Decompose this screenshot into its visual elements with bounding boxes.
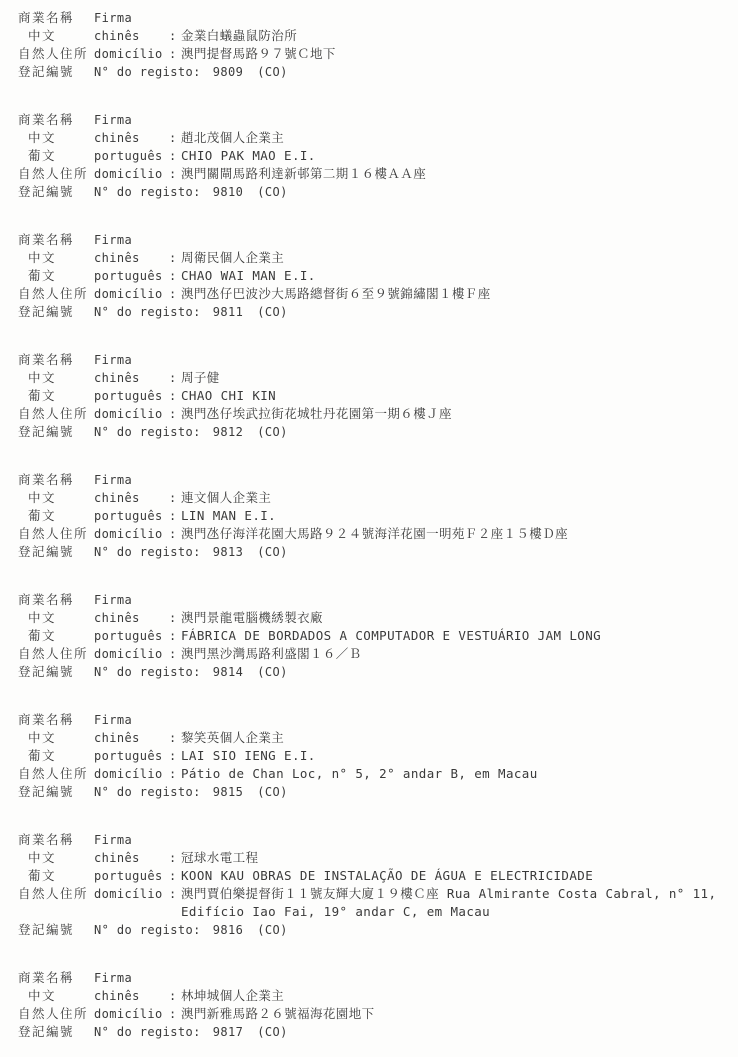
- label-chinese-pt: chinês: [94, 27, 169, 45]
- entry-title-row: 商業名稱Firma: [18, 9, 732, 27]
- label-business-name-pt: Firma: [94, 969, 169, 987]
- colon: :: [169, 525, 181, 543]
- label-portuguese-zh: 葡文: [18, 267, 94, 285]
- registry-entry: 商業名稱Firma中文chinês:澳門景龍電腦機綉製衣廠葡文português…: [18, 591, 732, 681]
- colon: :: [169, 609, 181, 627]
- entry-title-row: 商業名稱Firma: [18, 231, 732, 249]
- label-portuguese-zh: 葡文: [18, 147, 94, 165]
- registration-type: (CO): [257, 921, 288, 939]
- chinese-name: 澳門景龍電腦機綉製衣廠: [181, 609, 323, 627]
- label-business-name-zh: 商業名稱: [18, 231, 94, 249]
- portuguese-name: CHAO WAI MAN E.I.: [181, 267, 316, 285]
- entry-title-row: 商業名稱Firma: [18, 711, 732, 729]
- registration-row: 登記編號N° do registo:9812(CO): [18, 423, 732, 441]
- label-portuguese-pt: português: [94, 747, 169, 765]
- label-chinese-zh: 中文: [18, 849, 94, 867]
- registry-entry: 商業名稱Firma中文chinês:周子健葡文português:CHAO CH…: [18, 351, 732, 441]
- label-portuguese-pt: português: [94, 147, 169, 165]
- chinese-name-row: 中文chinês:趙北茂個人企業主: [18, 129, 732, 147]
- chinese-name: 周子健: [181, 369, 220, 387]
- address-line: 澳門氹仔海洋花園大馬路９２４號海洋花園一明苑Ｆ２座１５樓Ｄ座: [181, 525, 568, 543]
- label-registration-zh: 登記編號: [18, 921, 94, 939]
- address-line: 澳門提督馬路９７號Ｃ地下: [181, 45, 336, 63]
- chinese-name-row: 中文chinês:林坤城個人企業主: [18, 987, 732, 1005]
- label-address-pt: domicílio: [94, 165, 169, 183]
- portuguese-name-row: 葡文português:LAI SIO IENG E.I.: [18, 747, 732, 765]
- colon: :: [169, 27, 181, 45]
- label-business-name-zh: 商業名稱: [18, 9, 94, 27]
- address-line-row: 自然人住所domicílio:Pátio de Chan Loc, n° 5, …: [18, 765, 732, 783]
- registry-entry: 商業名稱Firma中文chinês:連文個人企業主葡文português:LIN…: [18, 471, 732, 561]
- registration-number: 9810: [213, 183, 244, 201]
- entry-title-row: 商業名稱Firma: [18, 111, 732, 129]
- portuguese-name-row: 葡文português:KOON KAU OBRAS DE INSTALAÇÃO…: [18, 867, 732, 885]
- address-line-row: 自然人住所domicílio:澳門氹仔海洋花園大馬路９２４號海洋花園一明苑Ｆ２座…: [18, 525, 732, 543]
- label-registration-pt: N° do registo:: [94, 543, 201, 561]
- portuguese-name-row: 葡文português:CHAO CHI KIN: [18, 387, 732, 405]
- entry-title-row: 商業名稱Firma: [18, 969, 732, 987]
- registration-number: 9809: [213, 63, 244, 81]
- label-portuguese-zh: 葡文: [18, 867, 94, 885]
- entry-title-row: 商業名稱Firma: [18, 591, 732, 609]
- portuguese-name-row: 葡文português:LIN MAN E.I.: [18, 507, 732, 525]
- label-address-zh: 自然人住所: [18, 885, 94, 903]
- label-business-name-zh: 商業名稱: [18, 831, 94, 849]
- label-registration-zh: 登記編號: [18, 1023, 94, 1041]
- chinese-name-row: 中文chinês:冠球水電工程: [18, 849, 732, 867]
- label-portuguese-pt: português: [94, 507, 169, 525]
- registration-row: 登記編號N° do registo:9814(CO): [18, 663, 732, 681]
- registration-type: (CO): [257, 1023, 288, 1041]
- entry-title-row: 商業名稱Firma: [18, 471, 732, 489]
- registry-entry: 商業名稱Firma中文chinês:周衛民個人企業主葡文português:CH…: [18, 231, 732, 321]
- chinese-name: 冠球水電工程: [181, 849, 258, 867]
- label-registration-zh: 登記編號: [18, 783, 94, 801]
- registry-page: 商業名稱Firma中文chinês:金業白蟻蟲鼠防治所自然人住所domicíli…: [0, 0, 738, 1057]
- registration-type: (CO): [257, 63, 288, 81]
- registry-entry: 商業名稱Firma中文chinês:黎笑英個人企業主葡文português:LA…: [18, 711, 732, 801]
- label-chinese-pt: chinês: [94, 729, 169, 747]
- chinese-name-row: 中文chinês:澳門景龍電腦機綉製衣廠: [18, 609, 732, 627]
- address-line-row: 自然人住所domicílio:澳門提督馬路９７號Ｃ地下: [18, 45, 732, 63]
- chinese-name: 林坤城個人企業主: [181, 987, 284, 1005]
- address-line-row: 自然人住所domicílio:澳門氹仔埃武拉街花城牡丹花園第一期６樓Ｊ座: [18, 405, 732, 423]
- label-registration-pt: N° do registo:: [94, 921, 201, 939]
- chinese-name: 黎笑英個人企業主: [181, 729, 284, 747]
- label-business-name-zh: 商業名稱: [18, 351, 94, 369]
- label-registration-pt: N° do registo:: [94, 1023, 201, 1041]
- chinese-name-row: 中文chinês:金業白蟻蟲鼠防治所: [18, 27, 732, 45]
- label-chinese-pt: chinês: [94, 489, 169, 507]
- address-line-row: 自然人住所domicílio:澳門氹仔巴波沙大馬路總督街６至９號錦繡閣１樓Ｆ座: [18, 285, 732, 303]
- registration-type: (CO): [257, 663, 288, 681]
- colon: :: [169, 489, 181, 507]
- label-business-name-zh: 商業名稱: [18, 969, 94, 987]
- colon: :: [169, 1005, 181, 1023]
- label-portuguese-zh: 葡文: [18, 747, 94, 765]
- registration-type: (CO): [257, 303, 288, 321]
- registration-row: 登記編號N° do registo:9813(CO): [18, 543, 732, 561]
- colon: :: [169, 729, 181, 747]
- label-address-zh: 自然人住所: [18, 1005, 94, 1023]
- label-business-name-zh: 商業名稱: [18, 111, 94, 129]
- label-portuguese-zh: 葡文: [18, 387, 94, 405]
- label-address-zh: 自然人住所: [18, 765, 94, 783]
- address-line: Pátio de Chan Loc, n° 5, 2° andar B, em …: [181, 765, 538, 783]
- label-registration-pt: N° do registo:: [94, 663, 201, 681]
- label-chinese-pt: chinês: [94, 129, 169, 147]
- label-registration-zh: 登記編號: [18, 663, 94, 681]
- label-registration-pt: N° do registo:: [94, 183, 201, 201]
- label-portuguese-pt: português: [94, 867, 169, 885]
- registration-number: 9813: [213, 543, 244, 561]
- portuguese-name: CHIO PAK MAO E.I.: [181, 147, 316, 165]
- registry-entry: 商業名稱Firma中文chinês:趙北茂個人企業主葡文português:CH…: [18, 111, 732, 201]
- label-address-pt: domicílio: [94, 645, 169, 663]
- label-chinese-zh: 中文: [18, 27, 94, 45]
- label-chinese-zh: 中文: [18, 729, 94, 747]
- chinese-name-row: 中文chinês:周子健: [18, 369, 732, 387]
- label-address-pt: domicílio: [94, 285, 169, 303]
- chinese-name: 連文個人企業主: [181, 489, 271, 507]
- label-business-name-zh: 商業名稱: [18, 591, 94, 609]
- registration-number: 9812: [213, 423, 244, 441]
- colon: :: [169, 987, 181, 1005]
- colon: :: [169, 249, 181, 267]
- entry-title-row: 商業名稱Firma: [18, 351, 732, 369]
- label-address-zh: 自然人住所: [18, 165, 94, 183]
- registration-row: 登記編號N° do registo:9816(CO): [18, 921, 732, 939]
- registration-type: (CO): [257, 423, 288, 441]
- label-address-zh: 自然人住所: [18, 405, 94, 423]
- label-address-pt: domicílio: [94, 1005, 169, 1023]
- label-portuguese-pt: português: [94, 267, 169, 285]
- label-chinese-zh: 中文: [18, 129, 94, 147]
- address-line: 澳門氹仔巴波沙大馬路總督街６至９號錦繡閣１樓Ｆ座: [181, 285, 491, 303]
- chinese-name: 金業白蟻蟲鼠防治所: [181, 27, 297, 45]
- registry-entry: 商業名稱Firma中文chinês:林坤城個人企業主自然人住所domicílio…: [18, 969, 732, 1041]
- label-registration-pt: N° do registo:: [94, 303, 201, 321]
- colon: :: [169, 165, 181, 183]
- label-address-pt: domicílio: [94, 765, 169, 783]
- colon: :: [169, 369, 181, 387]
- label-portuguese-zh: 葡文: [18, 507, 94, 525]
- label-address-zh: 自然人住所: [18, 645, 94, 663]
- label-business-name-pt: Firma: [94, 231, 169, 249]
- label-registration-zh: 登記編號: [18, 543, 94, 561]
- label-chinese-pt: chinês: [94, 249, 169, 267]
- chinese-name-row: 中文chinês:周衛民個人企業主: [18, 249, 732, 267]
- registration-type: (CO): [257, 183, 288, 201]
- label-portuguese-zh: 葡文: [18, 627, 94, 645]
- label-chinese-zh: 中文: [18, 369, 94, 387]
- colon: :: [169, 645, 181, 663]
- registry-entry: 商業名稱Firma中文chinês:金業白蟻蟲鼠防治所自然人住所domicíli…: [18, 9, 732, 81]
- label-business-name-zh: 商業名稱: [18, 471, 94, 489]
- portuguese-name: KOON KAU OBRAS DE INSTALAÇÃO DE ÁGUA E E…: [181, 867, 593, 885]
- registration-row: 登記編號N° do registo:9810(CO): [18, 183, 732, 201]
- registration-number: 9811: [213, 303, 244, 321]
- label-address-zh: 自然人住所: [18, 45, 94, 63]
- entry-title-row: 商業名稱Firma: [18, 831, 732, 849]
- colon: :: [169, 285, 181, 303]
- registration-number: 9815: [213, 783, 244, 801]
- colon: :: [169, 885, 181, 903]
- label-business-name-pt: Firma: [94, 471, 169, 489]
- label-business-name-pt: Firma: [94, 711, 169, 729]
- label-business-name-pt: Firma: [94, 111, 169, 129]
- colon: :: [169, 45, 181, 63]
- portuguese-name: FÁBRICA DE BORDADOS A COMPUTADOR E VESTU…: [181, 627, 601, 645]
- label-business-name-pt: Firma: [94, 591, 169, 609]
- address-line-row: 自然人住所domicílio:澳門黑沙灣馬路利盛閣１６／Ｂ: [18, 645, 732, 663]
- label-chinese-pt: chinês: [94, 849, 169, 867]
- address-continuation-row: Edifício Iao Fai, 19° andar C, em Macau: [18, 903, 732, 921]
- label-registration-zh: 登記編號: [18, 183, 94, 201]
- registry-entry: 商業名稱Firma中文chinês:冠球水電工程葡文português:KOON…: [18, 831, 732, 939]
- label-address-pt: domicílio: [94, 525, 169, 543]
- label-address-pt: domicílio: [94, 45, 169, 63]
- colon: :: [169, 267, 181, 285]
- address-line: 澳門氹仔埃武拉街花城牡丹花園第一期６樓Ｊ座: [181, 405, 452, 423]
- registration-row: 登記編號N° do registo:9811(CO): [18, 303, 732, 321]
- label-portuguese-pt: português: [94, 387, 169, 405]
- portuguese-name-row: 葡文português:CHIO PAK MAO E.I.: [18, 147, 732, 165]
- registration-row: 登記編號N° do registo:9809(CO): [18, 63, 732, 81]
- address-line-row: 自然人住所domicílio:澳門新雅馬路２６號福海花園地下: [18, 1005, 732, 1023]
- address-line-row: 自然人住所domicílio:澳門賈伯樂提督街１１號友輝大廈１９樓Ｃ座 Rua …: [18, 885, 732, 903]
- address-line: 澳門關閘馬路利達新邨第二期１６樓ＡＡ座: [181, 165, 426, 183]
- label-chinese-pt: chinês: [94, 987, 169, 1005]
- portuguese-name: LAI SIO IENG E.I.: [181, 747, 316, 765]
- registration-type: (CO): [257, 783, 288, 801]
- label-business-name-pt: Firma: [94, 9, 169, 27]
- colon: :: [169, 387, 181, 405]
- label-registration-zh: 登記編號: [18, 63, 94, 81]
- label-address-zh: 自然人住所: [18, 285, 94, 303]
- chinese-name-row: 中文chinês:連文個人企業主: [18, 489, 732, 507]
- colon: :: [169, 867, 181, 885]
- address-line: 澳門新雅馬路２６號福海花園地下: [181, 1005, 375, 1023]
- registration-number: 9814: [213, 663, 244, 681]
- colon: :: [169, 747, 181, 765]
- chinese-name: 趙北茂個人企業主: [181, 129, 284, 147]
- label-business-name-pt: Firma: [94, 831, 169, 849]
- registration-number: 9816: [213, 921, 244, 939]
- address-line: Edifício Iao Fai, 19° andar C, em Macau: [181, 903, 490, 921]
- label-chinese-zh: 中文: [18, 609, 94, 627]
- label-registration-zh: 登記編號: [18, 423, 94, 441]
- label-chinese-pt: chinês: [94, 369, 169, 387]
- address-line: 澳門賈伯樂提督街１１號友輝大廈１９樓Ｃ座 Rua Almirante Costa…: [181, 885, 716, 903]
- registration-number: 9817: [213, 1023, 244, 1041]
- colon: :: [169, 765, 181, 783]
- registration-type: (CO): [257, 543, 288, 561]
- label-portuguese-pt: português: [94, 627, 169, 645]
- address-line-row: 自然人住所domicílio:澳門關閘馬路利達新邨第二期１６樓ＡＡ座: [18, 165, 732, 183]
- chinese-name: 周衛民個人企業主: [181, 249, 284, 267]
- label-registration-pt: N° do registo:: [94, 783, 201, 801]
- colon: :: [169, 507, 181, 525]
- label-chinese-zh: 中文: [18, 249, 94, 267]
- portuguese-name: CHAO CHI KIN: [181, 387, 276, 405]
- colon: :: [169, 627, 181, 645]
- colon: :: [169, 147, 181, 165]
- colon: :: [169, 849, 181, 867]
- label-chinese-zh: 中文: [18, 489, 94, 507]
- chinese-name-row: 中文chinês:黎笑英個人企業主: [18, 729, 732, 747]
- label-address-pt: domicílio: [94, 885, 169, 903]
- label-chinese-zh: 中文: [18, 987, 94, 1005]
- registry-entries: 商業名稱Firma中文chinês:金業白蟻蟲鼠防治所自然人住所domicíli…: [18, 9, 732, 1041]
- address-line: 澳門黑沙灣馬路利盛閣１６／Ｂ: [181, 645, 362, 663]
- registration-row: 登記編號N° do registo:9815(CO): [18, 783, 732, 801]
- label-business-name-pt: Firma: [94, 351, 169, 369]
- portuguese-name-row: 葡文português:FÁBRICA DE BORDADOS A COMPUT…: [18, 627, 732, 645]
- registration-row: 登記編號N° do registo:9817(CO): [18, 1023, 732, 1041]
- label-registration-zh: 登記編號: [18, 303, 94, 321]
- portuguese-name-row: 葡文português:CHAO WAI MAN E.I.: [18, 267, 732, 285]
- colon: :: [169, 129, 181, 147]
- label-address-zh: 自然人住所: [18, 525, 94, 543]
- label-registration-pt: N° do registo:: [94, 423, 201, 441]
- portuguese-name: LIN MAN E.I.: [181, 507, 276, 525]
- label-address-pt: domicílio: [94, 405, 169, 423]
- colon: :: [169, 405, 181, 423]
- label-chinese-pt: chinês: [94, 609, 169, 627]
- label-business-name-zh: 商業名稱: [18, 711, 94, 729]
- label-registration-pt: N° do registo:: [94, 63, 201, 81]
